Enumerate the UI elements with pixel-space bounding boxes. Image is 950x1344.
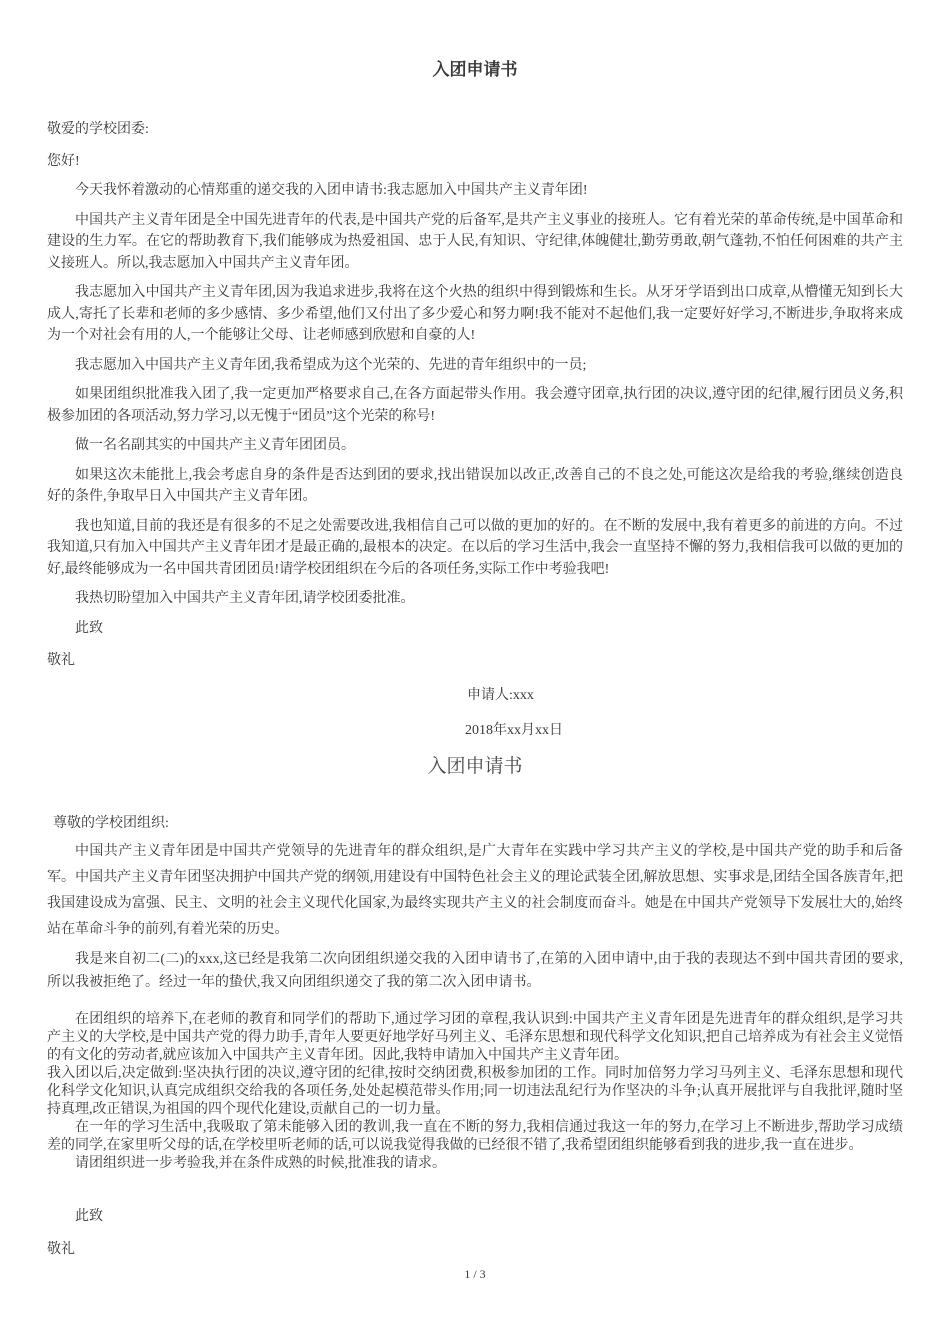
letter1-paragraph: 如果这次未能批上,我会考虑自身的条件是否达到团的要求,找出错误加以改正,改善自己… (47, 465, 903, 508)
letter1-paragraph: 我热切盼望加入中国共产主义青年团,请学校团委批准。 (47, 588, 903, 610)
letter2-paragraph: 我是来自初二(二)的xxx,这已经是我第二次向团组织递交我的入团申请书了,在第的… (47, 948, 903, 994)
letter1-date: 2018年xx月xx日 (465, 720, 903, 741)
letter1-paragraph: 今天我怀着激动的心情郑重的递交我的入团申请书:我志愿加入中国共产主义青年团! (47, 180, 903, 202)
letter2-title: 入团申请书 (47, 753, 903, 780)
letter1-closing-cizhi: 此致 (47, 618, 903, 640)
letter1-salutation: 敬爱的学校团委: (47, 119, 903, 140)
letter2-paragraph: 在一年的学习生活中,我吸取了第未能够入团的教训,我一直在不断的努力,我相信通过我… (47, 1119, 903, 1155)
letter2-closing-cizhi: 此致 (47, 1206, 903, 1227)
document-page: 入团申请书 敬爱的学校团委: 您好! 今天我怀着激动的心情郑重的递交我的入团申请… (0, 0, 950, 1344)
letter1-paragraph: 做一名名副其实的中国共产主义青年团团员。 (47, 435, 903, 457)
letter2-paragraph: 中国共产主义青年团是中国共产党领导的先进青年的群众组织,是广大青年在实践中学习共… (47, 839, 903, 943)
letter2-paragraph: 请团组织进一步考验我,并在条件成熟的时候,批准我的请求。 (47, 1155, 903, 1173)
letter1-title: 入团申请书 (47, 0, 903, 83)
letter1-closing-jingli: 敬礼 (47, 650, 903, 671)
letter1-paragraph: 我志愿加入中国共产主义青年团,因为我追求进步,我将在这个火热的组织中得到锻炼和生… (47, 282, 903, 347)
letter2-paragraph: 我入团以后,决定做到:坚决执行团的决议,遵守团的纪律,按时交纳团费,积极参加团的… (47, 1065, 903, 1119)
letter1-paragraph: 我也知道,目前的我还是有很多的不足之处需要改进,我相信自己可以做的更加的好的。在… (47, 516, 903, 581)
letter1-signature: 申请人:xxx (467, 685, 903, 706)
page-number: 1 / 3 (47, 1266, 903, 1282)
letter2-paragraph: 在团组织的培养下,在老师的教育和同学们的帮助下,通过学习团的章程,我认识到:中国… (47, 1011, 903, 1065)
letter1-paragraph: 我志愿加入中国共产主义青年团,我希望成为这个光荣的、先进的青年组织中的一员; (47, 355, 903, 377)
letter2-closing-jingli: 敬礼 (47, 1239, 903, 1260)
letter2-salutation: 尊敬的学校团组织: (47, 813, 903, 834)
letter1-paragraph: 中国共产主义青年团是全中国先进青年的代表,是中国共产党的后备军,是共产主义事业的… (47, 210, 903, 275)
letter1-paragraph: 如果团组织批准我入团了,我一定更加严格要求自己,在各方面起带头作用。我会遵守团章… (47, 384, 903, 427)
letter1-greeting: 您好! (47, 151, 903, 172)
